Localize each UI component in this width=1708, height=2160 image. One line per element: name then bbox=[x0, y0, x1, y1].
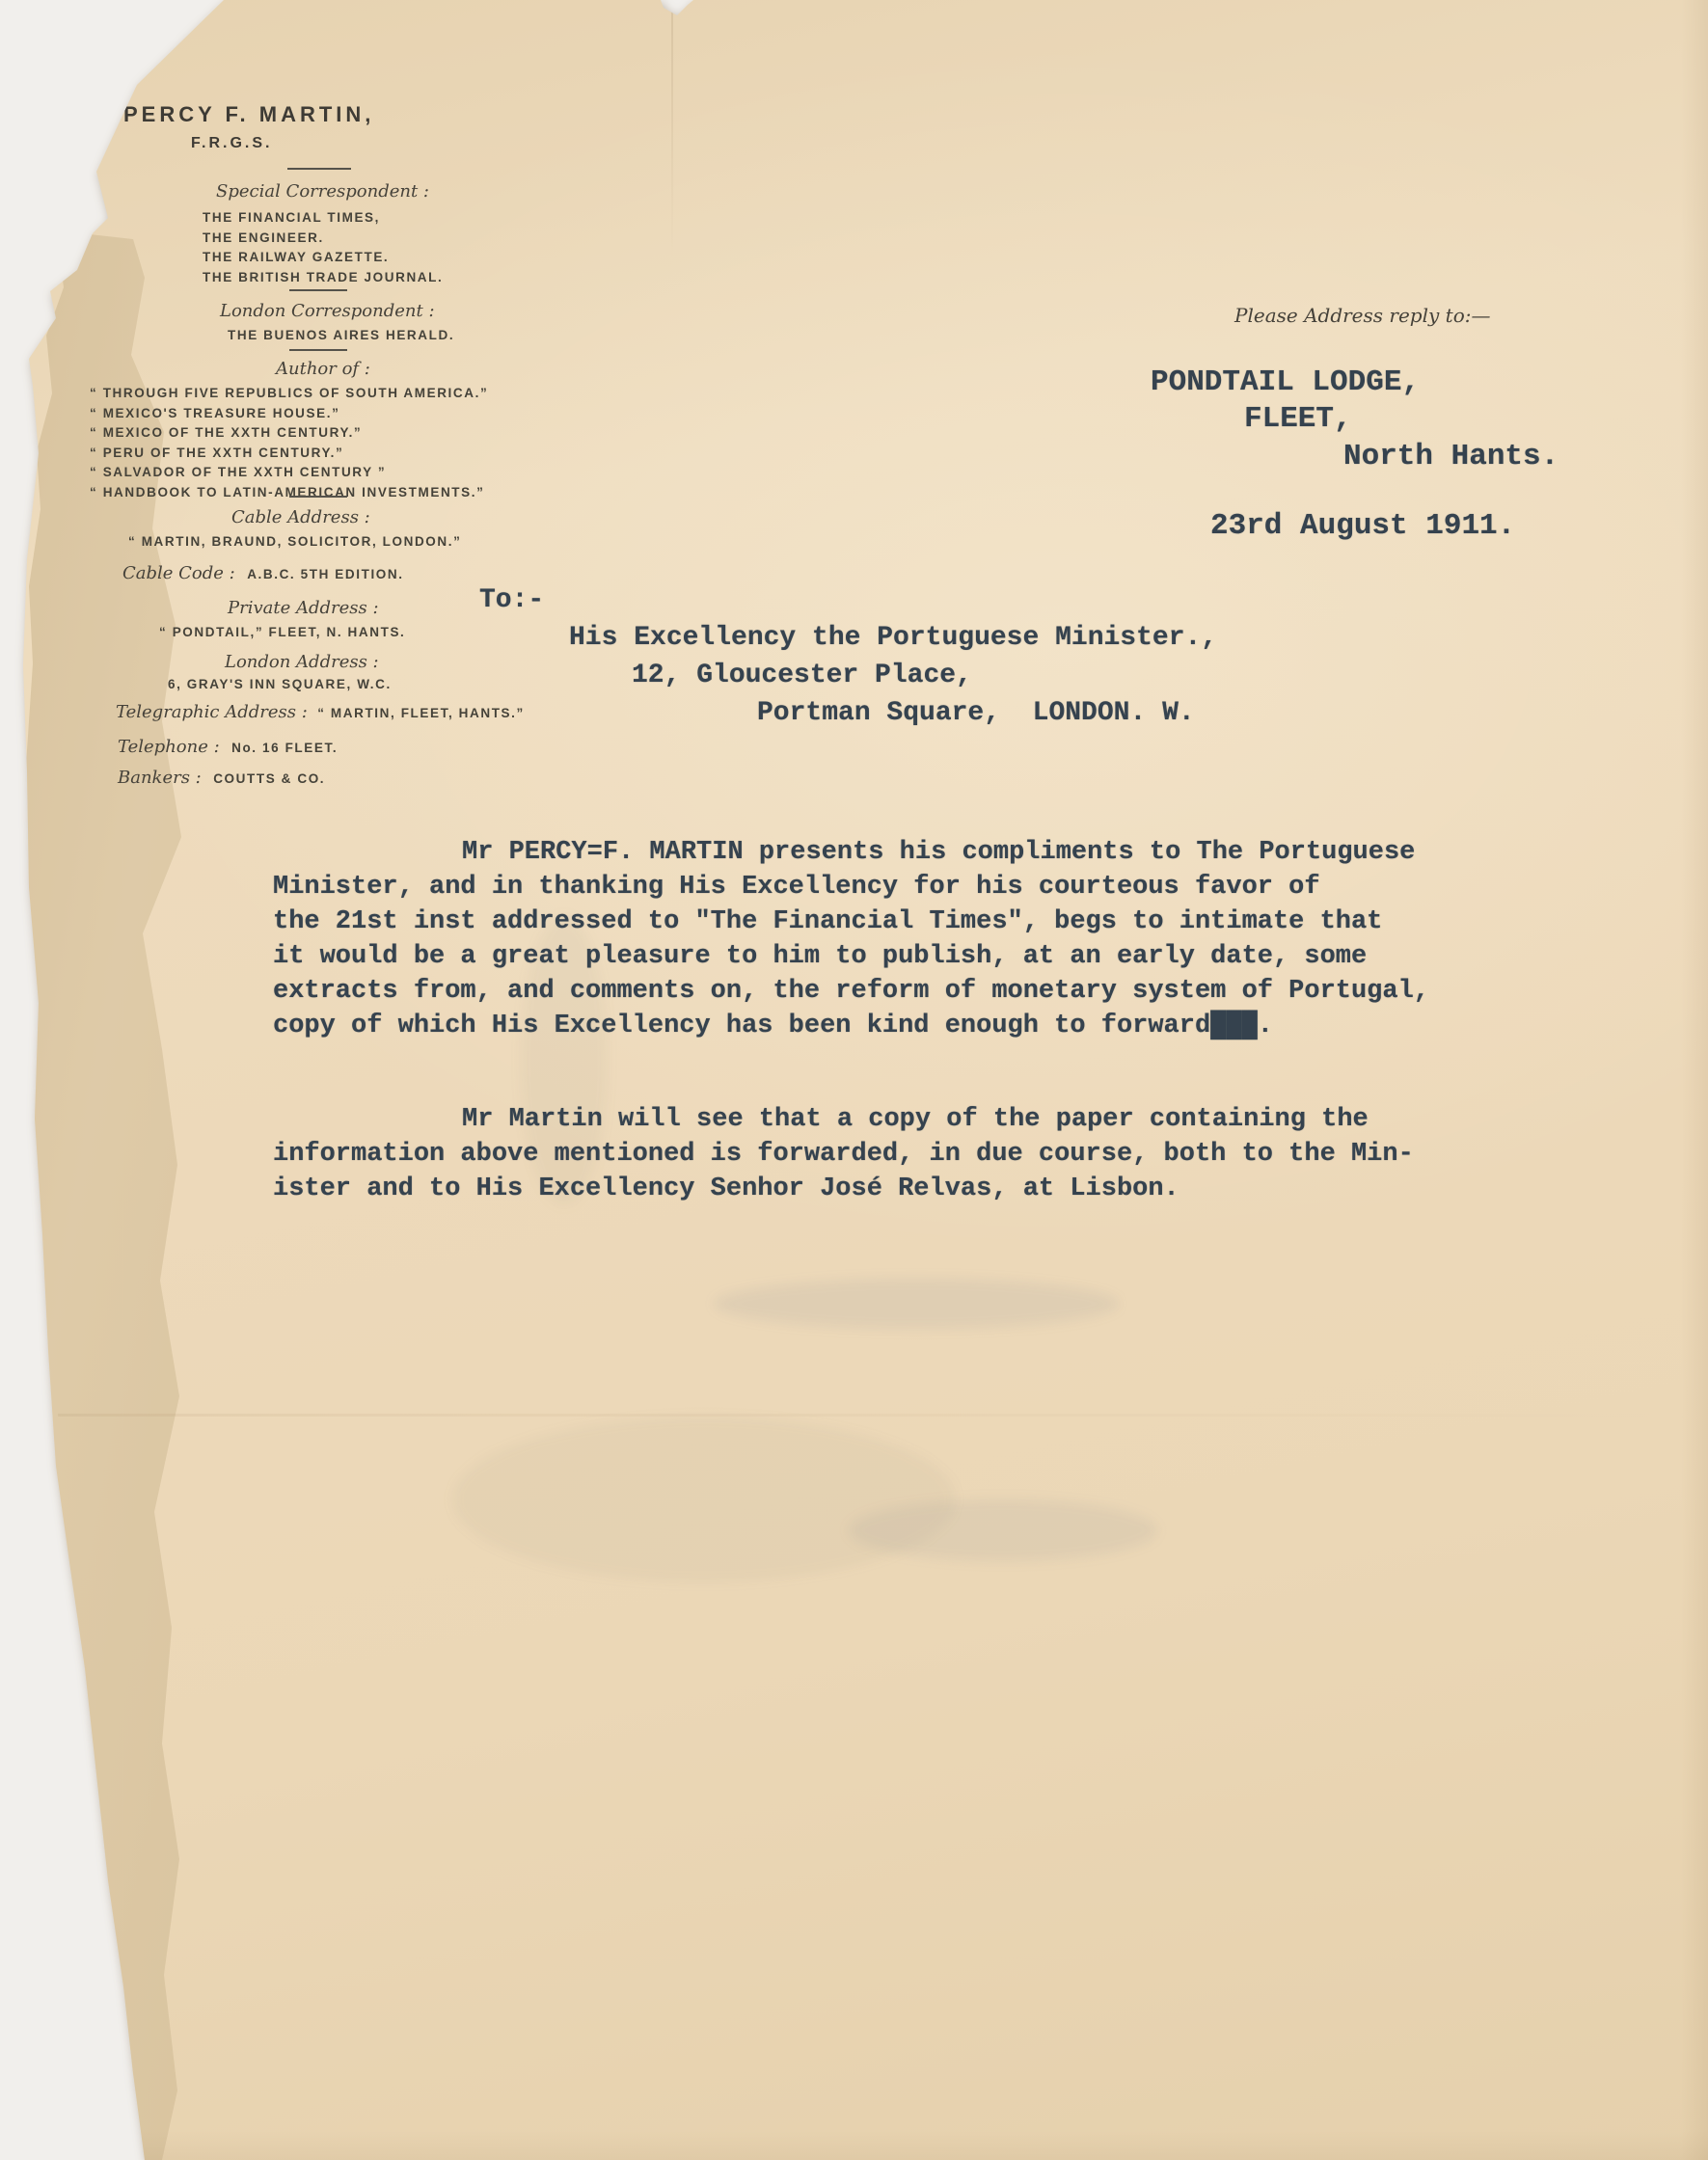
cable-code-line: Cable Code : A.B.C. 5TH EDITION. bbox=[122, 563, 404, 585]
author-of-label: Author of : bbox=[276, 359, 370, 379]
london-correspondent-value: THE BUENOS AIRES HERALD. bbox=[228, 326, 454, 346]
body-line: ister and to His Excellency Senhor José … bbox=[273, 1172, 1488, 1206]
bottom-edge-shading bbox=[0, 2131, 1708, 2160]
letterhead-title: F.R.G.S. bbox=[191, 135, 272, 152]
special-correspondent-item: THE FINANCIAL TIMES, bbox=[203, 208, 443, 229]
reply-address-line: North Hants. bbox=[1343, 439, 1559, 475]
body-paragraph-2: Mr Martin will see that a copy of the pa… bbox=[273, 1102, 1488, 1206]
paper-shadow-wrap: PERCY F. MARTIN, F.R.G.S. Special Corres… bbox=[0, 0, 1708, 2160]
body-line: extracts from, and comments on, the refo… bbox=[273, 974, 1488, 1009]
telegraphic-address-value: “ MARTIN, FLEET, HANTS.” bbox=[317, 706, 525, 720]
letter-date: 23rd August 1911. bbox=[1210, 508, 1515, 545]
bankers-line: Bankers : COUTTS & CO. bbox=[118, 768, 325, 790]
bleed-through-smudge bbox=[849, 1499, 1157, 1561]
to-label: To:- bbox=[479, 582, 544, 619]
telegraphic-address-label: Telegraphic Address : bbox=[116, 702, 308, 722]
reply-address-line: FLEET, bbox=[1244, 401, 1352, 438]
special-correspondent-list: THE FINANCIAL TIMES, THE ENGINEER. THE R… bbox=[203, 208, 443, 287]
telephone-value: No. 16 FLEET. bbox=[231, 741, 338, 755]
body-line: Mr PERCY=F. MARTIN presents his complime… bbox=[273, 835, 1488, 870]
book-title: “ MEXICO'S TREASURE HOUSE.” bbox=[90, 404, 488, 424]
bankers-value: COUTTS & CO. bbox=[213, 771, 325, 786]
torn-edge-strip bbox=[17, 220, 191, 2160]
bleed-through-smudge bbox=[714, 1279, 1119, 1329]
london-address-label: London Address : bbox=[225, 652, 379, 672]
right-edge-shading bbox=[1681, 0, 1708, 2160]
book-title: “ HANDBOOK TO LATIN-AMERICAN INVESTMENTS… bbox=[90, 483, 488, 503]
body-line: Minister, and in thanking His Excellency… bbox=[273, 870, 1488, 904]
special-correspondent-item: THE BRITISH TRADE JOURNAL. bbox=[203, 268, 443, 288]
reply-note: Please Address reply to:— bbox=[1234, 304, 1490, 327]
special-correspondent-item: THE RAILWAY GAZETTE. bbox=[203, 248, 443, 268]
book-title: “ THROUGH FIVE REPUBLICS OF SOUTH AMERIC… bbox=[90, 384, 488, 404]
letter-paper: PERCY F. MARTIN, F.R.G.S. Special Corres… bbox=[0, 0, 1708, 2160]
special-correspondent-label: Special Correspondent : bbox=[216, 181, 429, 202]
recipient-line: His Excellency the Portuguese Minister., bbox=[569, 620, 1217, 657]
divider bbox=[287, 168, 351, 170]
bleed-through-smudge bbox=[453, 1417, 955, 1581]
body-line: it would be a great pleasure to him to p… bbox=[273, 939, 1488, 974]
bankers-label: Bankers : bbox=[118, 768, 202, 788]
telephone-line: Telephone : No. 16 FLEET. bbox=[118, 737, 338, 759]
london-correspondent-label: London Correspondent : bbox=[220, 301, 435, 321]
body-line: copy of which His Excellency has been ki… bbox=[273, 1009, 1488, 1043]
vertical-crease bbox=[671, 0, 673, 260]
body-line: information above mentioned is forwarded… bbox=[273, 1137, 1488, 1172]
special-correspondent-item: THE ENGINEER. bbox=[203, 229, 443, 249]
private-address-value: “ PONDTAIL,” FLEET, N. HANTS. bbox=[159, 623, 405, 643]
cable-address-value: “ MARTIN, BRAUND, SOLICITOR, LONDON.” bbox=[128, 532, 461, 553]
book-title: “ MEXICO OF THE XXTH CENTURY.” bbox=[90, 423, 488, 444]
scanned-letter-page: PERCY F. MARTIN, F.R.G.S. Special Corres… bbox=[0, 0, 1708, 2160]
cable-code-label: Cable Code : bbox=[122, 563, 235, 583]
telegraphic-address-line: Telegraphic Address : “ MARTIN, FLEET, H… bbox=[116, 702, 525, 724]
book-title: “ PERU OF THE XXTH CENTURY.” bbox=[90, 444, 488, 464]
cable-address-label: Cable Address : bbox=[231, 507, 370, 527]
body-paragraph-1: Mr PERCY=F. MARTIN presents his complime… bbox=[273, 835, 1488, 1043]
london-address-value: 6, GRAY'S INN SQUARE, W.C. bbox=[168, 675, 392, 695]
divider bbox=[289, 289, 347, 291]
book-title: “ SALVADOR OF THE XXTH CENTURY ” bbox=[90, 463, 488, 483]
body-line: the 21st inst addressed to "The Financia… bbox=[273, 904, 1488, 939]
private-address-label: Private Address : bbox=[228, 598, 379, 618]
telephone-label: Telephone : bbox=[118, 737, 220, 757]
recipient-line: 12, Gloucester Place, bbox=[632, 658, 972, 694]
books-list: “ THROUGH FIVE REPUBLICS OF SOUTH AMERIC… bbox=[90, 384, 488, 502]
horizontal-fold-crease bbox=[58, 1414, 1697, 1417]
divider bbox=[289, 349, 347, 351]
divider bbox=[289, 496, 347, 498]
reply-address-line: PONDTAIL LODGE, bbox=[1151, 364, 1420, 401]
recipient-line: Portman Square, LONDON. W. bbox=[757, 695, 1195, 732]
cable-code-value: A.B.C. 5TH EDITION. bbox=[247, 567, 403, 581]
letterhead-name: PERCY F. MARTIN, bbox=[123, 102, 374, 127]
body-line: Mr Martin will see that a copy of the pa… bbox=[273, 1102, 1488, 1137]
